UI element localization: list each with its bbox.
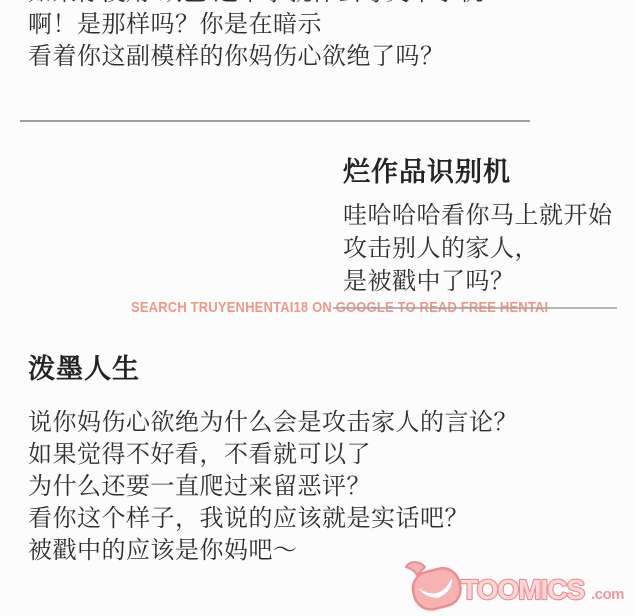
comment-line: 说你妈伤心欲绝为什么会是攻击家人的言论？ [28, 407, 518, 439]
reply-username: 烂作品识别机 [343, 156, 613, 188]
main-body: 说你妈伤心欲绝为什么会是攻击家人的言论？ 如果觉得不好看，不看就可以了 为什么还… [28, 407, 518, 567]
comment-line: 攻击别人的家人， [343, 232, 613, 265]
logo-domain-suffix: .com [591, 586, 624, 603]
grin-mouth-icon [406, 562, 464, 613]
reply-body: 哇哈哈哈看你马上就开始 攻击别人的家人， 是被戳中了吗？ [343, 199, 613, 298]
comment-line: 为什么还要一直爬过来留恶评？ [28, 471, 518, 503]
toomics-logo: TOOMICS .com [403, 558, 631, 614]
comment-divider [20, 120, 530, 122]
comment-divider [333, 307, 617, 309]
comment-line: 哇哈哈哈看你马上就开始 [343, 199, 613, 232]
comment-line: 看着你这副模样的你妈伤心欲绝了吗？ [28, 41, 483, 73]
comment-line-clipped: 如果你没用 欧巴 这个字就什么写文章手机 [28, 0, 483, 9]
top-comment: 如果你没用 欧巴 这个字就什么写文章手机 啊！是那样吗？你是在暗示 看着你这副模… [28, 0, 483, 73]
reply-comment: 烂作品识别机 哇哈哈哈看你马上就开始 攻击别人的家人， 是被戳中了吗？ [343, 156, 613, 298]
comment-line: 啊！是那样吗？你是在暗示 [28, 9, 483, 41]
comment-line: 是被戳中了吗？ [343, 265, 613, 298]
logo-wordmark: TOOMICS [461, 574, 584, 605]
comment-line: 如果觉得不好看，不看就可以了 [28, 439, 518, 471]
comic-comment-page: 如果你没用 欧巴 这个字就什么写文章手机 啊！是那样吗？你是在暗示 看着你这副模… [0, 0, 634, 616]
main-comment: 泼墨人生 说你妈伤心欲绝为什么会是攻击家人的言论？ 如果觉得不好看，不看就可以了… [28, 352, 518, 567]
main-username: 泼墨人生 [28, 352, 518, 386]
comment-line: 看你这个样子，我说的应该就是实话吧？ [28, 503, 518, 535]
